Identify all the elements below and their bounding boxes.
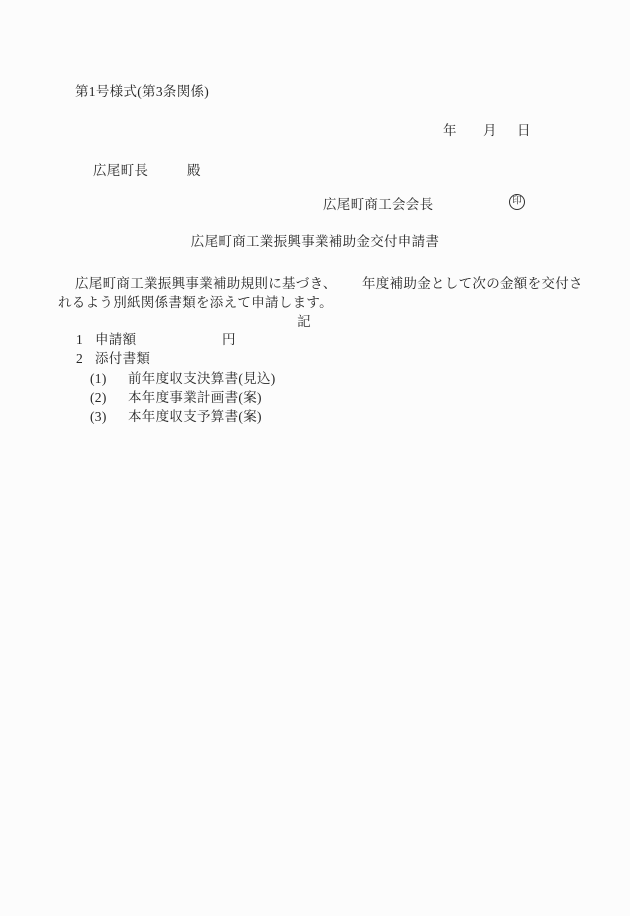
- date-month-label: 月: [483, 122, 497, 139]
- attachment-2-label: 本年度事業計画書(案): [128, 389, 262, 406]
- sender-title: 広尾町商工会会長: [323, 196, 433, 213]
- record-marker: 記: [0, 313, 608, 330]
- addressee-honorific: 殿: [187, 162, 201, 179]
- attachment-2-number: (2): [90, 389, 107, 406]
- date-year-label: 年: [443, 122, 457, 139]
- body-line1-before-blank: 広尾町商工業振興事業補助規則に基づき、: [75, 275, 337, 292]
- item2-number: 2: [76, 350, 83, 367]
- form-number: 第1号様式(第3条関係): [75, 83, 209, 100]
- addressee-name: 広尾町長: [93, 162, 148, 179]
- item1-label: 申請額: [95, 331, 136, 348]
- item2-label: 添付書類: [95, 350, 150, 367]
- amount-blank-field[interactable]: [142, 331, 220, 347]
- document-title: 広尾町商工業振興事業補助金交付申請書: [0, 233, 630, 250]
- seal-stamp-icon: 印: [509, 194, 525, 210]
- document-page: 第1号様式(第3条関係) 年 月 日 広尾町長 殿 広尾町商工会会長 印 広尾町…: [0, 0, 630, 916]
- item1-number: 1: [76, 331, 83, 348]
- attachment-1-number: (1): [90, 370, 107, 387]
- date-day-label: 日: [517, 122, 531, 139]
- attachment-1-label: 前年度収支決算書(見込): [128, 370, 276, 387]
- fiscal-year-blank-field[interactable]: [325, 275, 361, 291]
- body-line1-after-blank: 年度補助金として次の金額を交付さ: [362, 275, 583, 292]
- seal-mark-label: 印: [512, 198, 522, 208]
- attachment-3-label: 本年度収支予算書(案): [128, 408, 262, 425]
- item1-unit: 円: [222, 331, 236, 348]
- attachment-3-number: (3): [90, 408, 107, 425]
- body-line2: れるよう別紙関係書類を添えて申請します。: [58, 294, 333, 311]
